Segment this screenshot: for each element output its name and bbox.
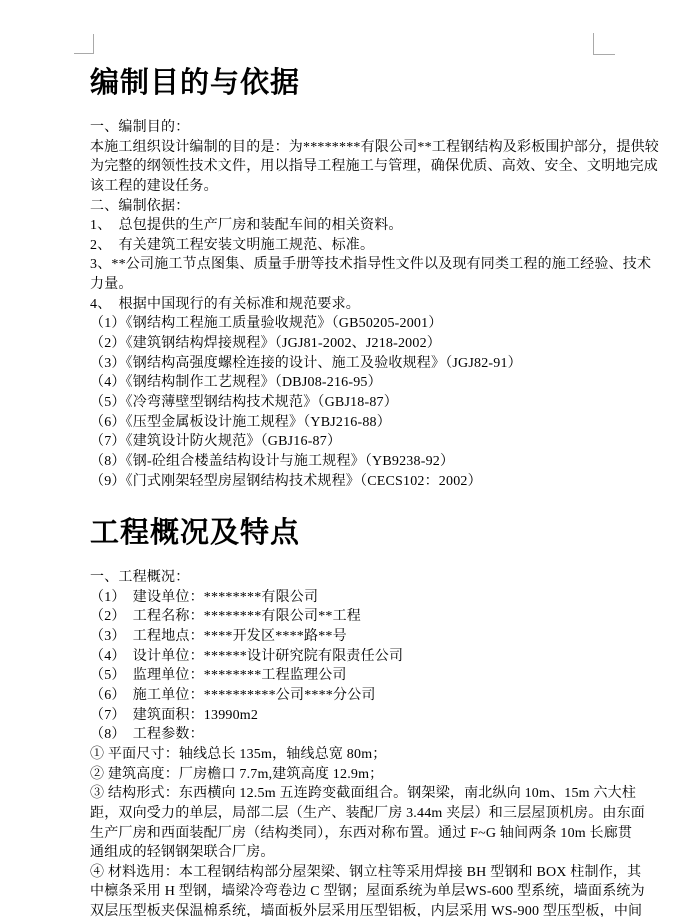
text-line: 中檩条采用 H 型钢，墙梁冷弯卷边 C 型钢；屋面系统为单层WS-600 型系统…	[90, 882, 609, 902]
text-line: 3、**公司施工节点图集、质量手册等技术指导性文件以及现有同类工程的施工经验、技…	[90, 255, 609, 275]
text-line: （7） 建筑面积：13990m2	[90, 706, 609, 726]
text-line: 生产厂房和西面装配厂房（结构类同），东西对称布置。通过 F~G 轴间两条 10m…	[90, 824, 609, 844]
text-line: （3）《钢结构高强度螺栓连接的设计、施工及验收规程》（JGJ82-91）	[90, 354, 609, 374]
text-line: 通组成的轻钢钢架联合厂房。	[90, 843, 609, 863]
section-2-body: 一、工程概况：（1） 建设单位：********有限公司（2） 工程名称：***…	[90, 568, 609, 917]
text-line: 一、编制目的：	[90, 118, 609, 138]
text-line: （4） 设计单位：******设计研究院有限责任公司	[90, 647, 609, 667]
section-1-body: 一、编制目的：本施工组织设计编制的目的是：为********有限公司**工程钢结…	[90, 118, 609, 491]
text-line: （9）《门式刚架轻型房屋钢结构技术规程》（CECS102：2002）	[90, 472, 609, 492]
text-line: ② 建筑高度：厂房檐口 7.7m,建筑高度 12.9m；	[90, 765, 609, 785]
text-line: （8）《钢-砼组合楼盖结构设计与施工规程》（YB9238-92）	[90, 452, 609, 472]
text-line: （1） 建设单位：********有限公司	[90, 588, 609, 608]
text-line: （2）《建筑钢结构焊接规程》（JGJ81-2002、J218-2002）	[90, 334, 609, 354]
text-line: 距，双向受力的单层，局部二层（生产、装配厂房 3.44m 夹层）和三层屋顶机房。…	[90, 804, 609, 824]
text-line: （4）《钢结构制作工艺规程》（DBJ08-216-95）	[90, 373, 609, 393]
text-line: 双层压型板夹保温棉系统，墙面板外层采用压型铝板，内层采用 WS-900 型压型板…	[90, 902, 609, 917]
text-line: （3） 工程地点：****开发区****路**号	[90, 627, 609, 647]
text-line: （6） 施工单位：**********公司****分公司	[90, 686, 609, 706]
text-line: 2、 有关建筑工程安装文明施工规范、标准。	[90, 236, 609, 256]
margin-corner-right-icon	[593, 33, 615, 55]
margin-corner-left-icon	[74, 34, 94, 54]
text-line: 为完整的纲领性技术文件，用以指导工程施工与管理，确保优质、高效、安全、文明地完成	[90, 157, 609, 177]
text-line: （6）《压型金属板设计施工规程》（YBJ216-88）	[90, 413, 609, 433]
text-line: ③ 结构形式：东西横向 12.5m 五连跨变截面组合。钢架梁，南北纵向 10m、…	[90, 784, 609, 804]
text-line: ④ 材料选用：本工程钢结构部分屋架梁、钢立柱等采用焊接 BH 型钢和 BOX 柱…	[90, 863, 609, 883]
document-content: 编制目的与依据 一、编制目的：本施工组织设计编制的目的是：为********有限…	[0, 0, 693, 917]
text-line: （8） 工程参数：	[90, 725, 609, 745]
text-line: 1、 总包提供的生产厂房和装配车间的相关资料。	[90, 216, 609, 236]
text-line: （2） 工程名称：********有限公司**工程	[90, 607, 609, 627]
text-line: 二、编制依据：	[90, 197, 609, 217]
text-line: 力量。	[90, 275, 609, 295]
text-line: ① 平面尺寸：轴线总长 135m，轴线总宽 80m；	[90, 745, 609, 765]
text-line: （7）《建筑设计防火规范》（GBJ16-87）	[90, 432, 609, 452]
text-line: （1）《钢结构工程施工质量验收规范》（GB50205-2001）	[90, 314, 609, 334]
text-line: 本施工组织设计编制的目的是：为********有限公司**工程钢结构及彩板围护部…	[90, 138, 609, 158]
section-2-heading: 工程概况及特点	[90, 491, 609, 552]
text-line: （5） 监理单位：********工程监理公司	[90, 666, 609, 686]
document-page: 编制目的与依据 一、编制目的：本施工组织设计编制的目的是：为********有限…	[0, 0, 693, 917]
text-line: （5）《冷弯薄壁型钢结构技术规范》（GBJ18-87）	[90, 393, 609, 413]
text-line: 4、 根据中国现行的有关标准和规范要求。	[90, 295, 609, 315]
text-line: 该工程的建设任务。	[90, 177, 609, 197]
text-line: 一、工程概况：	[90, 568, 609, 588]
section-1-heading: 编制目的与依据	[90, 0, 609, 102]
